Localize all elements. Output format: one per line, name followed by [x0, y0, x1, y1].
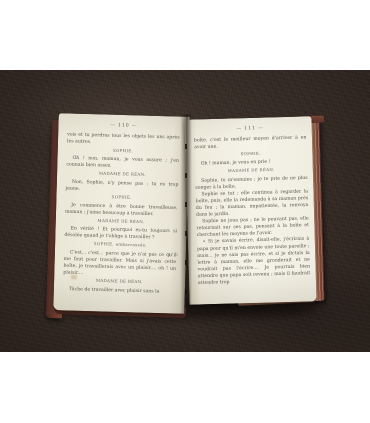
signature-mark: 1 1	[168, 252, 181, 257]
product-photo-card: — 110 — vois et tu perdras tous les obje…	[0, 0, 370, 423]
book-photo: — 110 — vois et tu perdras tous les obje…	[0, 70, 370, 352]
text-paragraph: Non, Sophie, n'y pense pas ; tu es trop …	[66, 178, 179, 195]
left-page: — 110 — vois et tu perdras tous les obje…	[53, 113, 189, 314]
text-paragraph: C'est... c'est... parce que je n'ai pas …	[63, 248, 176, 278]
right-page: — 111 — boîte, c'est le meilleur moyen d…	[184, 116, 316, 304]
right-page-text-area: — 111 — boîte, c'est le meilleur moyen d…	[194, 124, 308, 299]
text-paragraph: En vérité ! Et pourquoi es-tu toujours s…	[64, 225, 177, 242]
text-paragraph: vois et tu perdras tous les objets les u…	[67, 131, 180, 148]
text-paragraph: Oh ! non, maman, je vous assure ; j'en c…	[66, 154, 179, 171]
left-page-number: — 110 —	[67, 120, 180, 130]
binding-gutter	[180, 114, 192, 314]
right-page-blocks: boîte, c'est le meilleur moyen d'arriver…	[194, 134, 311, 286]
right-page-text: — 111 — boîte, c'est le meilleur moyen d…	[194, 123, 311, 286]
left-page-blocks: vois et tu perdras tous les objets les u…	[63, 131, 180, 295]
stitching-thread	[185, 120, 187, 308]
text-paragraph: Sophie se tut ; elle continua à regarder…	[195, 188, 308, 218]
text-paragraph: boîte, c'est le meilleur moyen d'arriver…	[194, 134, 307, 151]
text-paragraph: « Si je savais écrire, disait-elle, j'éc…	[197, 235, 311, 286]
text-paragraph: Je commence à être bonne travailleuse, m…	[65, 201, 178, 218]
left-page-text-area: — 110 — vois et tu perdras tous les obje…	[62, 120, 180, 307]
left-page-text: — 110 — vois et tu perdras tous les obje…	[63, 120, 180, 295]
right-page-number: — 111 —	[194, 123, 307, 133]
